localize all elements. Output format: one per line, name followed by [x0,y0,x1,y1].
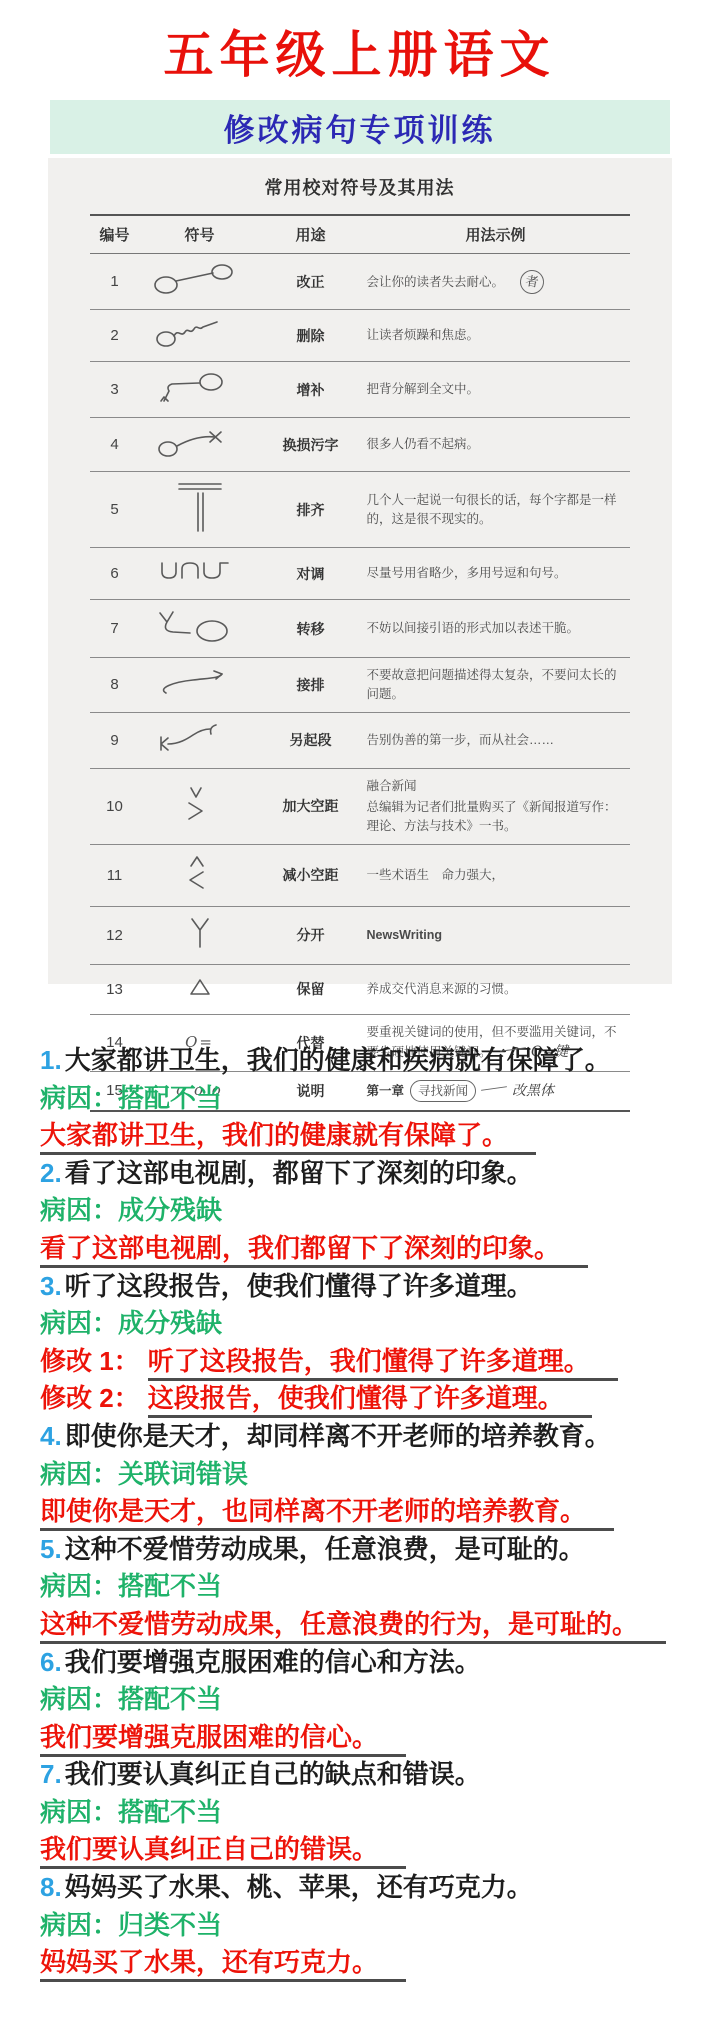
exercise-number: 3. [40,1271,65,1301]
exercise-sentence-line: 7.我们要认真纠正自己的缺点和错误。 [40,1756,719,1794]
row-number: 7 [90,600,140,658]
fix-line: 修改 1：听了这段报告，我们懂得了许多道理。 [40,1343,719,1381]
cause-line: 病因：成分残缺 [40,1305,719,1343]
cause-value: 关联词错误 [118,1459,248,1489]
replace-x-icon [140,418,260,472]
row-example: 很多人仍看不起病。 [362,418,630,472]
cause-line: 病因：归类不当 [40,1907,719,1945]
exercise-sentence: 我们要认真纠正自己的缺点和错误。 [65,1759,481,1789]
cause-label: 病因： [40,1797,118,1827]
exercise-sentence: 我们要增强克服困难的信心和方法。 [65,1647,481,1677]
exercise-sentence: 大家都讲卫生，我们的健康和疾病就有保障了。 [65,1045,611,1075]
cause-value: 搭配不当 [118,1083,222,1113]
example-text: 总编辑为记者们批量购买了《新闻报道写作：理论、方法与技术》一书。 [367,800,617,833]
exercise-number: 2. [40,1158,65,1188]
cause-value: 搭配不当 [118,1797,222,1827]
exercise-sentence-line: 8.妈妈买了水果、桃、苹果，还有巧克力。 [40,1869,719,1907]
cause-line: 病因：成分残缺 [40,1192,719,1230]
row-example: 几个人一起说一句很长的话，每个字都是一样的，这是很不现实的。 [362,472,630,548]
row-purpose: 转移 [260,600,362,658]
fix-prefix: 修改 2： [40,1383,148,1413]
row-example: 养成交代消息来源的习惯。 [362,964,630,1014]
cause-label: 病因： [40,1195,118,1225]
corrected-sentence: 看了这部电视剧，我们都留下了深刻的印象。 [40,1233,588,1268]
row-example: 把背分解到全文中。 [362,362,630,418]
row-purpose: 分开 [260,906,362,964]
row-number: 1 [90,254,140,310]
circled-phrase: 寻找新闻 [410,1080,476,1103]
cause-line: 病因：搭配不当 [40,1568,719,1606]
handwritten-note: 改黑体 [476,1083,554,1099]
corrected-sentence: 我们要增强克服困难的信心。 [40,1722,406,1757]
cause-value: 搭配不当 [118,1684,222,1714]
table-row: 3 增补 把背分解到全文中。 [90,362,630,418]
row-purpose: 保留 [260,964,362,1014]
narrow-space-icon [140,844,260,906]
row-example: 尽量号用省略少，多用号逗和句号。 [362,548,630,600]
row-number: 12 [90,906,140,964]
fix-line: 妈妈买了水果，还有巧克力。 [40,1944,719,1982]
row-purpose: 换损污字 [260,418,362,472]
exercise-number: 8. [40,1872,65,1902]
squiggle-delete-icon [140,310,260,362]
row-purpose: 接排 [260,658,362,713]
corrected-sentence: 我们要认真纠正自己的错误。 [40,1834,406,1869]
table-row: 9 另起段 告别伪善的第一步，而从社会…… [90,712,630,768]
example-text: 第一章 [367,1084,405,1098]
exercise-sentence: 即使你是天才，却同样离不开老师的培养教育。 [65,1421,611,1451]
subtitle-banner: 修改病句专项训练 [50,100,670,154]
exercise-sentence: 看了这部电视剧，都留下了深刻的印象。 [65,1158,533,1188]
row-purpose: 减小空距 [260,844,362,906]
row-number: 8 [90,658,140,713]
example-text: 会让你的读者失去耐心。 [367,275,505,289]
row-purpose: 对调 [260,548,362,600]
corrected-sentence: 这段报告，使我们懂得了许多道理。 [148,1383,592,1418]
exercise-sentence-line: 4.即使你是天才，却同样离不开老师的培养教育。 [40,1418,719,1456]
table-row: 8 接排 不要故意把问题描述得太复杂，不要问太长的问题。 [90,658,630,713]
row-purpose: 删除 [260,310,362,362]
row-purpose: 改正 [260,254,362,310]
table-row: 10 加大空距 融合新闻 总编辑为记者们批量购买了《新闻报道写作：理论、方法与技… [90,768,630,844]
header-example: 用法示例 [362,215,630,254]
exercise-sentence: 听了这段报告，使我们懂得了许多道理。 [65,1271,533,1301]
row-number: 11 [90,844,140,906]
cause-value: 归类不当 [118,1910,222,1940]
row-example: 让读者烦躁和焦虑。 [362,310,630,362]
corrected-sentence: 这种不爱惜劳动成果，任意浪费的行为，是可耻的。 [40,1609,666,1644]
proofreading-symbols-table: 编号 符号 用途 用法示例 1 改正 会让你的读者失去耐心。者 2 删除 让读者… [90,214,630,1112]
exercise-number: 1. [40,1045,65,1075]
exercise-sentence-line: 5.这种不爱惜劳动成果，任意浪费，是可耻的。 [40,1531,719,1569]
row-number: 6 [90,548,140,600]
table-row: 12 分开 NewsWriting [90,906,630,964]
row-number: 5 [90,472,140,548]
exercise-sentence: 这种不爱惜劳动成果，任意浪费，是可耻的。 [65,1534,585,1564]
fix-line: 大家都讲卫生，我们的健康就有保障了。 [40,1117,719,1155]
exercise-number: 6. [40,1647,65,1677]
fix-line: 修改 2：这段报告，使我们懂得了许多道理。 [40,1380,719,1418]
corrected-sentence: 听了这段报告，我们懂得了许多道理。 [148,1346,618,1381]
insert-hook-icon [140,362,260,418]
corrected-sentence: 即使你是天才，也同样离不开老师的培养教育。 [40,1496,614,1531]
table-header-row: 编号 符号 用途 用法示例 [90,215,630,254]
keep-triangle-icon [140,964,260,1014]
row-purpose: 增补 [260,362,362,418]
row-purpose: 排齐 [260,472,362,548]
split-y-icon [140,906,260,964]
new-paragraph-arrow-icon [140,712,260,768]
cause-label: 病因： [40,1083,118,1113]
table-row: 7 转移 不妨以间接引语的形式加以表述干脆。 [90,600,630,658]
table-row: 6 对调 尽量号用省略少，多用号逗和句号。 [90,548,630,600]
exercise-number: 5. [40,1534,65,1564]
exercise-number: 4. [40,1421,65,1451]
fix-line: 看了这部电视剧，我们都留下了深刻的印象。 [40,1230,719,1268]
row-example: 一些术语生 命力强大， [362,844,630,906]
widen-space-icon [140,768,260,844]
table-row: 5 排齐 几个人一起说一句很长的话，每个字都是一样的，这是很不现实的。 [90,472,630,548]
fix-line: 我们要增强克服困难的信心。 [40,1719,719,1757]
cause-label: 病因： [40,1571,118,1601]
corrected-sentence: 大家都讲卫生，我们的健康就有保障了。 [40,1120,536,1155]
table-row: 2 删除 让读者烦躁和焦虑。 [90,310,630,362]
fix-line: 我们要认真纠正自己的错误。 [40,1831,719,1869]
transfer-loop-icon [140,600,260,658]
fix-prefix: 修改 1： [40,1346,148,1376]
cause-line: 病因：搭配不当 [40,1681,719,1719]
exercise-sentence-line: 3.听了这段报告，使我们懂得了许多道理。 [40,1268,719,1306]
exercise-list: 1.大家都讲卫生，我们的健康和疾病就有保障了。 病因：搭配不当 大家都讲卫生，我… [40,1042,719,1982]
row-number: 13 [90,964,140,1014]
row-example: 会让你的读者失去耐心。者 [362,254,630,310]
page-title: 五年级上册语文 [0,24,719,86]
cause-value: 成分残缺 [118,1195,222,1225]
cause-line: 病因：关联词错误 [40,1456,719,1494]
exercise-number: 7. [40,1759,65,1789]
proofreading-table-scan: 常用校对符号及其用法 编号 符号 用途 用法示例 1 改正 会让你的读者失去耐心… [48,158,672,984]
cause-line: 病因：搭配不当 [40,1794,719,1832]
example-inserted-text: 融合新闻 [367,777,625,796]
run-on-arrow-icon [140,658,260,713]
header-purpose: 用途 [260,215,362,254]
align-bars-icon [140,472,260,548]
row-number: 3 [90,362,140,418]
row-example: 不要故意把问题描述得太复杂，不要问太长的问题。 [362,658,630,713]
row-example: 不妨以间接引语的形式加以表述干脆。 [362,600,630,658]
exercise-sentence-line: 1.大家都讲卫生，我们的健康和疾病就有保障了。 [40,1042,719,1080]
row-example: 融合新闻 总编辑为记者们批量购买了《新闻报道写作：理论、方法与技术》一书。 [362,768,630,844]
row-number: 9 [90,712,140,768]
exercise-sentence: 妈妈买了水果、桃、苹果，还有巧克力。 [65,1872,533,1902]
row-number: 4 [90,418,140,472]
row-number: 10 [90,768,140,844]
cause-label: 病因： [40,1459,118,1489]
handwritten-correction: 者 [518,268,545,295]
page-subtitle: 修改病句专项训练 [224,105,496,150]
row-number: 2 [90,310,140,362]
header-symbol: 符号 [140,215,260,254]
fix-line: 这种不爱惜劳动成果，任意浪费的行为，是可耻的。 [40,1606,719,1644]
table-row: 13 保留 养成交代消息来源的习惯。 [90,964,630,1014]
table-row: 4 换损污字 很多人仍看不起病。 [90,418,630,472]
table-row: 1 改正 会让你的读者失去耐心。者 [90,254,630,310]
cause-value: 成分残缺 [118,1308,222,1338]
exercise-sentence-line: 2.看了这部电视剧，都留下了深刻的印象。 [40,1155,719,1193]
fix-line: 即使你是天才，也同样离不开老师的培养教育。 [40,1493,719,1531]
header-number: 编号 [90,215,140,254]
row-example: 告别伪善的第一步，而从社会…… [362,712,630,768]
table-row: 11 减小空距 一些术语生 命力强大， [90,844,630,906]
corrected-sentence: 妈妈买了水果，还有巧克力。 [40,1947,406,1982]
exercise-sentence-line: 6.我们要增强克服困难的信心和方法。 [40,1644,719,1682]
cause-label: 病因： [40,1308,118,1338]
cause-value: 搭配不当 [118,1571,222,1601]
row-example: NewsWriting [362,906,630,964]
table-caption: 常用校对符号及其用法 [60,174,660,200]
swap-curves-icon [140,548,260,600]
cause-label: 病因： [40,1684,118,1714]
cause-label: 病因： [40,1910,118,1940]
loop-link-icon [140,254,260,310]
row-purpose: 另起段 [260,712,362,768]
row-purpose: 加大空距 [260,768,362,844]
